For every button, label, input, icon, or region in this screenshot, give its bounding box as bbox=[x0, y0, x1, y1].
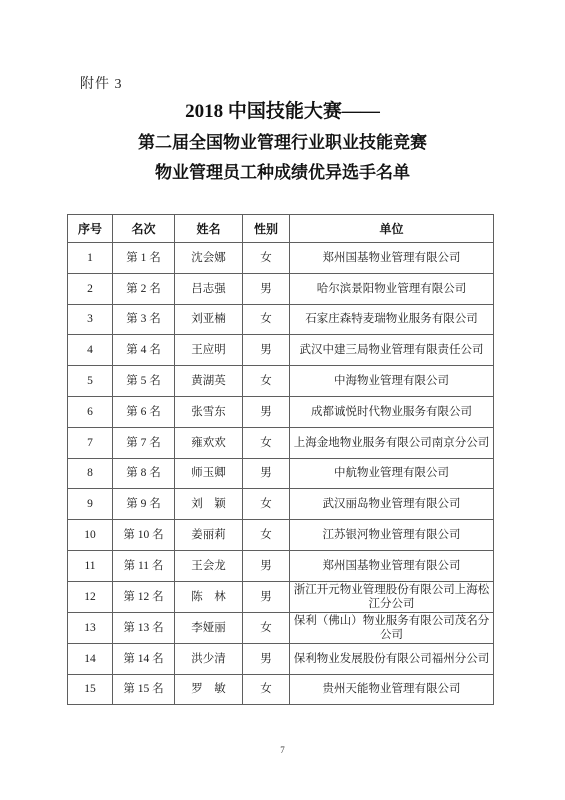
col-header-seq: 序号 bbox=[68, 215, 113, 243]
cell-name: 张雪东 bbox=[175, 396, 243, 427]
cell-rank: 第 12 名 bbox=[113, 581, 175, 612]
cell-name: 刘 颖 bbox=[175, 489, 243, 520]
cell-unit: 哈尔滨景阳物业管理有限公司 bbox=[290, 273, 494, 304]
cell-unit: 江苏银河物业管理有限公司 bbox=[290, 520, 494, 551]
cell-rank: 第 1 名 bbox=[113, 243, 175, 274]
cell-seq: 13 bbox=[68, 612, 113, 643]
cell-gender: 男 bbox=[243, 550, 290, 581]
table-row: 9 第 9 名 刘 颖 女 武汉丽岛物业管理有限公司 bbox=[68, 489, 494, 520]
cell-seq: 15 bbox=[68, 674, 113, 705]
cell-name: 沈会娜 bbox=[175, 243, 243, 274]
cell-seq: 5 bbox=[68, 366, 113, 397]
cell-name: 李娅丽 bbox=[175, 612, 243, 643]
cell-name: 罗 敏 bbox=[175, 674, 243, 705]
cell-rank: 第 9 名 bbox=[113, 489, 175, 520]
cell-unit: 郑州国基物业管理有限公司 bbox=[290, 243, 494, 274]
cell-gender: 女 bbox=[243, 427, 290, 458]
table-row: 10 第 10 名 姜丽莉 女 江苏银河物业管理有限公司 bbox=[68, 520, 494, 551]
cell-seq: 10 bbox=[68, 520, 113, 551]
cell-unit: 保利（佛山）物业服务有限公司茂名分公司 bbox=[290, 612, 494, 643]
table-row: 11 第 11 名 王会龙 男 郑州国基物业管理有限公司 bbox=[68, 550, 494, 581]
table-row: 14 第 14 名 洪少清 男 保利物业发展股份有限公司福州分公司 bbox=[68, 643, 494, 674]
cell-gender: 女 bbox=[243, 674, 290, 705]
cell-name: 刘亚楠 bbox=[175, 304, 243, 335]
cell-unit: 中航物业管理有限公司 bbox=[290, 458, 494, 489]
cell-gender: 男 bbox=[243, 643, 290, 674]
table-row: 4 第 4 名 王应明 男 武汉中建三局物业管理有限责任公司 bbox=[68, 335, 494, 366]
cell-seq: 8 bbox=[68, 458, 113, 489]
cell-gender: 女 bbox=[243, 489, 290, 520]
cell-gender: 女 bbox=[243, 304, 290, 335]
cell-gender: 男 bbox=[243, 273, 290, 304]
table-body: 1 第 1 名 沈会娜 女 郑州国基物业管理有限公司 2 第 2 名 吕志强 男… bbox=[68, 243, 494, 705]
cell-seq: 1 bbox=[68, 243, 113, 274]
attachment-label: 附件 3 bbox=[80, 73, 123, 93]
cell-name: 王应明 bbox=[175, 335, 243, 366]
cell-rank: 第 6 名 bbox=[113, 396, 175, 427]
cell-name: 雍欢欢 bbox=[175, 427, 243, 458]
cell-gender: 男 bbox=[243, 396, 290, 427]
cell-name: 姜丽莉 bbox=[175, 520, 243, 551]
cell-name: 师玉卿 bbox=[175, 458, 243, 489]
cell-rank: 第 8 名 bbox=[113, 458, 175, 489]
table-row: 1 第 1 名 沈会娜 女 郑州国基物业管理有限公司 bbox=[68, 243, 494, 274]
cell-unit: 浙江开元物业管理股份有限公司上海松江分公司 bbox=[290, 581, 494, 612]
table-row: 2 第 2 名 吕志强 男 哈尔滨景阳物业管理有限公司 bbox=[68, 273, 494, 304]
col-header-name: 姓名 bbox=[175, 215, 243, 243]
cell-rank: 第 3 名 bbox=[113, 304, 175, 335]
cell-seq: 11 bbox=[68, 550, 113, 581]
cell-rank: 第 10 名 bbox=[113, 520, 175, 551]
cell-rank: 第 7 名 bbox=[113, 427, 175, 458]
col-header-gender: 性别 bbox=[243, 215, 290, 243]
col-header-unit: 单位 bbox=[290, 215, 494, 243]
cell-name: 黄湖英 bbox=[175, 366, 243, 397]
page-number: 7 bbox=[280, 745, 285, 755]
cell-name: 吕志强 bbox=[175, 273, 243, 304]
results-table: 序号 名次 姓名 性别 单位 1 第 1 名 沈会娜 女 郑州国基物业管理有限公… bbox=[67, 214, 494, 705]
document-title-line3: 物业管理员工种成绩优异选手名单 bbox=[0, 162, 565, 184]
cell-name: 陈 林 bbox=[175, 581, 243, 612]
cell-unit: 上海金地物业服务有限公司南京分公司 bbox=[290, 427, 494, 458]
page-footer: 7 bbox=[0, 740, 565, 758]
table-row: 8 第 8 名 师玉卿 男 中航物业管理有限公司 bbox=[68, 458, 494, 489]
cell-rank: 第 5 名 bbox=[113, 366, 175, 397]
cell-gender: 女 bbox=[243, 366, 290, 397]
cell-gender: 男 bbox=[243, 458, 290, 489]
cell-rank: 第 13 名 bbox=[113, 612, 175, 643]
cell-name: 洪少清 bbox=[175, 643, 243, 674]
cell-gender: 女 bbox=[243, 520, 290, 551]
document-title-line1: 2018 中国技能大赛—— bbox=[0, 100, 565, 124]
document-page: 附件 3 2018 中国技能大赛—— 第二届全国物业管理行业职业技能竞赛 物业管… bbox=[0, 0, 565, 800]
table-row: 3 第 3 名 刘亚楠 女 石家庄森特麦瑞物业服务有限公司 bbox=[68, 304, 494, 335]
table-row: 15 第 15 名 罗 敏 女 贵州天能物业管理有限公司 bbox=[68, 674, 494, 705]
cell-rank: 第 11 名 bbox=[113, 550, 175, 581]
cell-seq: 4 bbox=[68, 335, 113, 366]
cell-seq: 7 bbox=[68, 427, 113, 458]
cell-rank: 第 15 名 bbox=[113, 674, 175, 705]
cell-unit: 中海物业管理有限公司 bbox=[290, 366, 494, 397]
cell-seq: 6 bbox=[68, 396, 113, 427]
title-block: 2018 中国技能大赛—— 第二届全国物业管理行业职业技能竞赛 物业管理员工种成… bbox=[0, 100, 565, 184]
cell-seq: 9 bbox=[68, 489, 113, 520]
cell-seq: 12 bbox=[68, 581, 113, 612]
table-row: 6 第 6 名 张雪东 男 成都诚悦时代物业服务有限公司 bbox=[68, 396, 494, 427]
cell-gender: 男 bbox=[243, 581, 290, 612]
cell-rank: 第 14 名 bbox=[113, 643, 175, 674]
cell-rank: 第 2 名 bbox=[113, 273, 175, 304]
cell-rank: 第 4 名 bbox=[113, 335, 175, 366]
table-header: 序号 名次 姓名 性别 单位 bbox=[68, 215, 494, 243]
cell-unit: 保利物业发展股份有限公司福州分公司 bbox=[290, 643, 494, 674]
table-row: 5 第 5 名 黄湖英 女 中海物业管理有限公司 bbox=[68, 366, 494, 397]
cell-unit: 郑州国基物业管理有限公司 bbox=[290, 550, 494, 581]
cell-unit: 石家庄森特麦瑞物业服务有限公司 bbox=[290, 304, 494, 335]
document-title-line2: 第二届全国物业管理行业职业技能竞赛 bbox=[0, 132, 565, 154]
table-row: 13 第 13 名 李娅丽 女 保利（佛山）物业服务有限公司茂名分公司 bbox=[68, 612, 494, 643]
cell-seq: 2 bbox=[68, 273, 113, 304]
cell-name: 王会龙 bbox=[175, 550, 243, 581]
table-row: 7 第 7 名 雍欢欢 女 上海金地物业服务有限公司南京分公司 bbox=[68, 427, 494, 458]
cell-gender: 女 bbox=[243, 612, 290, 643]
table-header-row: 序号 名次 姓名 性别 单位 bbox=[68, 215, 494, 243]
cell-unit: 武汉中建三局物业管理有限责任公司 bbox=[290, 335, 494, 366]
col-header-rank: 名次 bbox=[113, 215, 175, 243]
table-row: 12 第 12 名 陈 林 男 浙江开元物业管理股份有限公司上海松江分公司 bbox=[68, 581, 494, 612]
cell-unit: 武汉丽岛物业管理有限公司 bbox=[290, 489, 494, 520]
cell-gender: 男 bbox=[243, 335, 290, 366]
cell-unit: 成都诚悦时代物业服务有限公司 bbox=[290, 396, 494, 427]
cell-seq: 3 bbox=[68, 304, 113, 335]
cell-unit: 贵州天能物业管理有限公司 bbox=[290, 674, 494, 705]
cell-seq: 14 bbox=[68, 643, 113, 674]
cell-gender: 女 bbox=[243, 243, 290, 274]
